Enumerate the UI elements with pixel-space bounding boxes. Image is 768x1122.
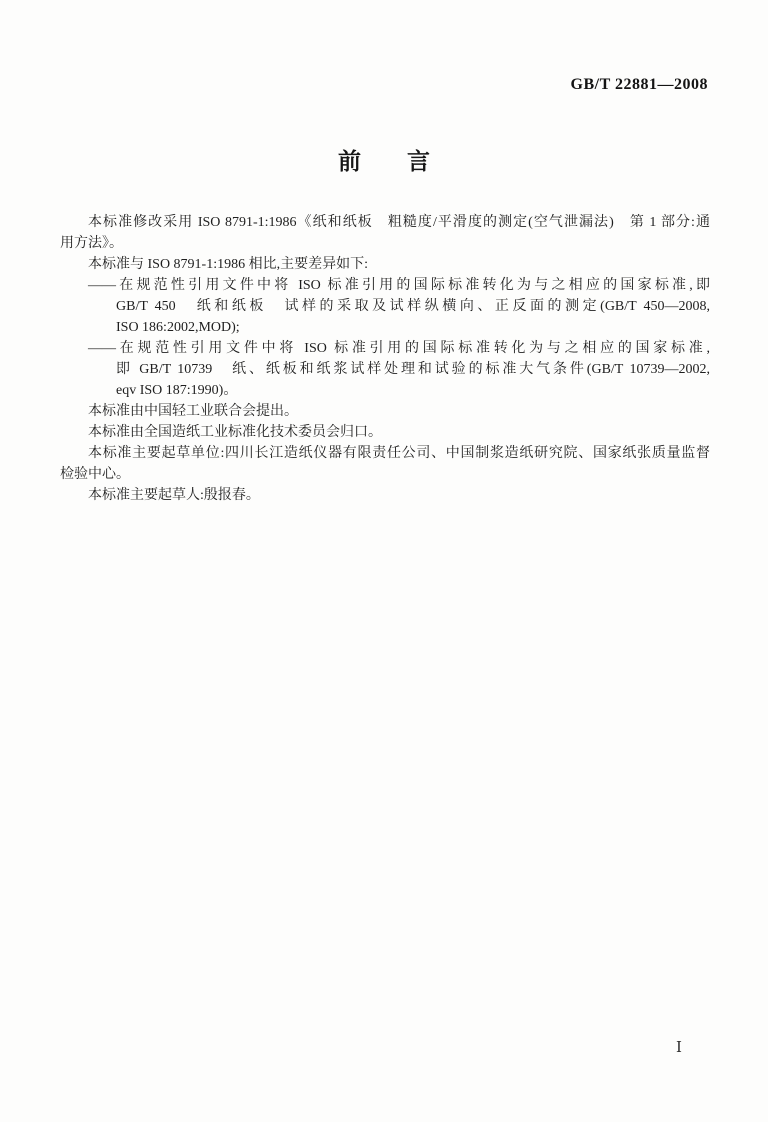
body-line: 本标准主要起草人:殷报春。 xyxy=(60,485,710,506)
body-line: 检验中心。 xyxy=(60,464,710,485)
body-line: 本标准主要起草单位:四川长江造纸仪器有限责任公司、中国制浆造纸研究院、国家纸张质… xyxy=(60,443,710,464)
standard-number: GB/T 22881—2008 xyxy=(60,76,708,94)
document-page: GB/T 22881—2008 前 言 本标准修改采用 ISO 8791-1:1… xyxy=(0,0,768,1122)
body-line: ——在规范性引用文件中将 ISO 标准引用的国际标准转化为与之相应的国家标准, xyxy=(60,338,710,359)
body-line: 本标准由中国轻工业联合会提出。 xyxy=(60,401,710,422)
body-line: GB/T 450 纸和纸板 试样的采取及试样纵横向、正反面的测定(GB/T 45… xyxy=(60,296,710,317)
body-lines: 本标准修改采用 ISO 8791-1:1986《纸和纸板 粗糙度/平滑度的测定(… xyxy=(60,212,710,506)
page-title: 前 言 xyxy=(60,143,708,176)
body-line: eqv ISO 187:1990)。 xyxy=(60,380,710,401)
body-line: 即 GB/T 10739 纸、纸板和纸浆试样处理和试验的标准大气条件(GB/T … xyxy=(60,359,710,380)
body-line: 本标准由全国造纸工业标准化技术委员会归口。 xyxy=(60,422,710,443)
body-line: 本标准与 ISO 8791-1:1986 相比,主要差异如下: xyxy=(60,254,710,275)
page-number: Ⅰ xyxy=(676,1038,682,1057)
body-line: 本标准修改采用 ISO 8791-1:1986《纸和纸板 粗糙度/平滑度的测定(… xyxy=(60,212,710,233)
body-line: ——在规范性引用文件中将 ISO 标准引用的国际标准转化为与之相应的国家标准,即 xyxy=(60,275,710,296)
body-line: 用方法》。 xyxy=(60,233,710,254)
body-line: ISO 186:2002,MOD); xyxy=(60,317,710,338)
